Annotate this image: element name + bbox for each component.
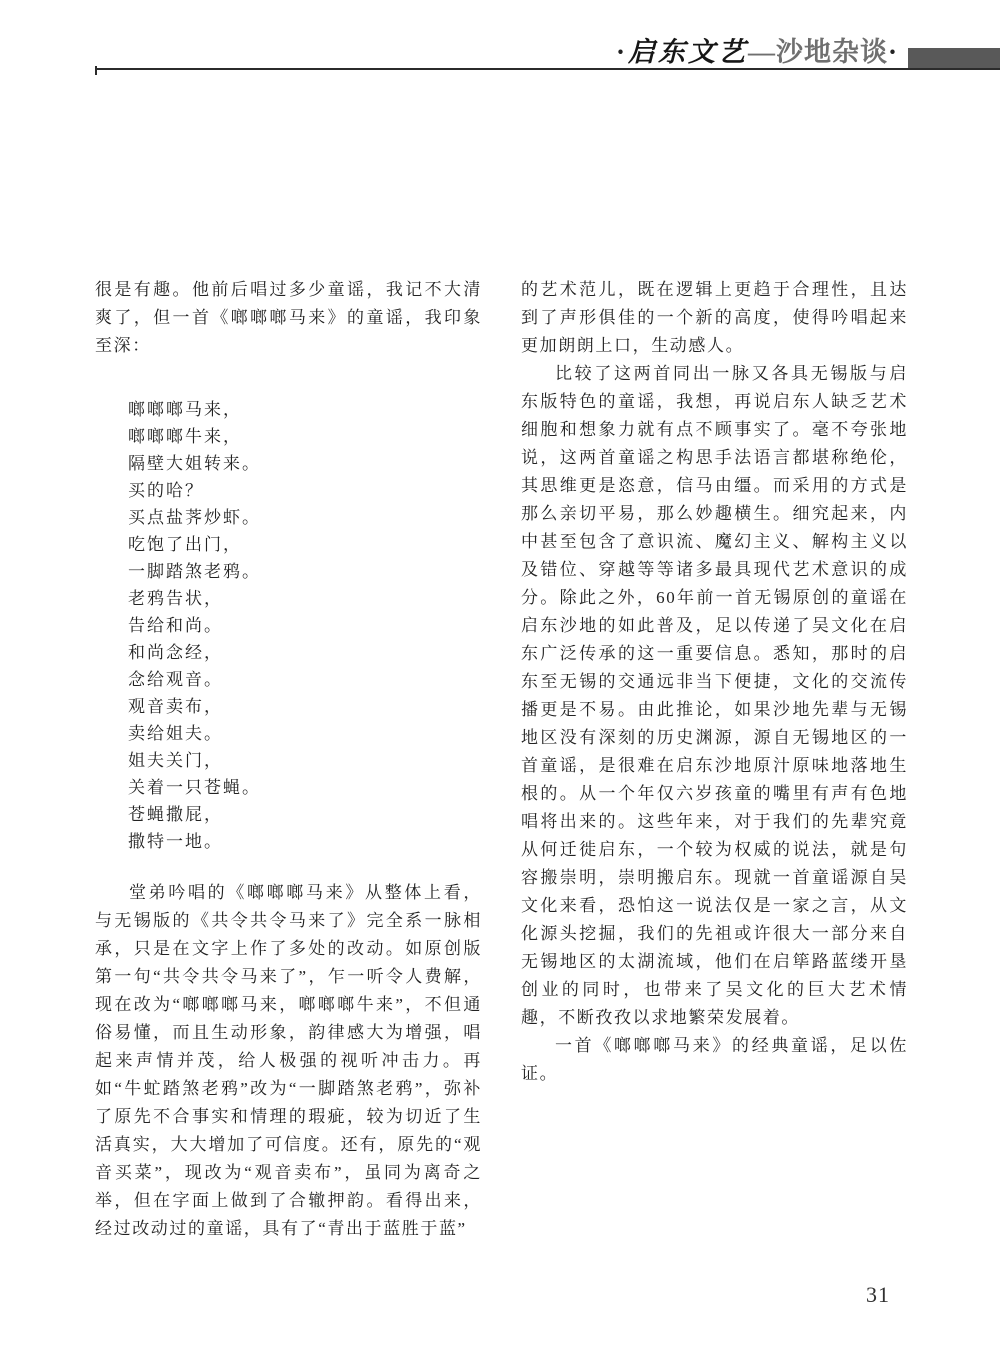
verse-line: 啷啷啷牛来， [128, 423, 482, 450]
header-rule-tick [95, 66, 97, 75]
header-rule [95, 68, 1000, 70]
intro-paragraph: 很是有趣。他前后唱过多少童谣，我记不大清爽了，但一首《啷啷啷马来》的童谣，我印象… [95, 276, 482, 360]
verse-line: 撒特一地。 [128, 828, 482, 855]
section-title: —沙地杂谈 [748, 37, 888, 67]
verse-line: 啷啷啷马来， [128, 396, 482, 423]
verse-line: 隔壁大姐转来。 [128, 450, 482, 477]
continuation-paragraph: 的艺术范儿，既在逻辑上更趋于合理性，且达到了声形俱佳的一个新的高度，使得吟唱起来… [521, 276, 908, 360]
left-column: 很是有趣。他前后唱过多少童谣，我记不大清爽了，但一首《啷啷啷马来》的童谣，我印象… [95, 276, 482, 1243]
verse-line: 关着一只苍蝇。 [128, 774, 482, 801]
journal-title: 启东文艺 [628, 37, 748, 67]
magazine-page: ·启东文艺—沙地杂谈· 很是有趣。他前后唱过多少童谣，我记不大清爽了，但一首《啷… [0, 0, 1000, 1357]
comparison-paragraph: 比较了这两首同出一脉又各具无锡版与启东版特色的童谣，我想，再说启东人缺乏艺术细胞… [521, 360, 908, 1032]
page-number: 31 [866, 1282, 890, 1308]
verse-block: 啷啷啷马来， 啷啷啷牛来， 隔壁大姐转来。 买的哈？ 买点盐荠炒虾。 吃饱了出门… [128, 396, 482, 855]
running-head: ·启东文艺—沙地杂谈· [616, 36, 900, 68]
header-accent-block [908, 48, 1000, 68]
verse-line: 一脚踏煞老鸦。 [128, 558, 482, 585]
verse-line: 老鸦告状， [128, 585, 482, 612]
verse-line: 买点盐荠炒虾。 [128, 504, 482, 531]
verse-line: 买的哈？ [128, 477, 482, 504]
verse-line: 姐夫关门， [128, 747, 482, 774]
verse-line: 苍蝇撒屁， [128, 801, 482, 828]
running-head-left-dot: · [616, 37, 628, 67]
verse-line: 吃饱了出门， [128, 531, 482, 558]
verse-line: 告给和尚。 [128, 612, 482, 639]
analysis-paragraph: 堂弟吟唱的《啷啷啷马来》从整体上看，与无锡版的《共令共令马来了》完全系一脉相承，… [95, 879, 482, 1243]
conclusion-paragraph: 一首《啷啷啷马来》的经典童谣，足以佐证。 [521, 1032, 908, 1088]
right-column: 的艺术范儿，既在逻辑上更趋于合理性，且达到了声形俱佳的一个新的高度，使得吟唱起来… [521, 276, 908, 1088]
verse-line: 和尚念经， [128, 639, 482, 666]
running-head-right-dot: · [888, 37, 900, 67]
verse-line: 念给观音。 [128, 666, 482, 693]
verse-line: 观音卖布， [128, 693, 482, 720]
verse-line: 卖给姐夫。 [128, 720, 482, 747]
